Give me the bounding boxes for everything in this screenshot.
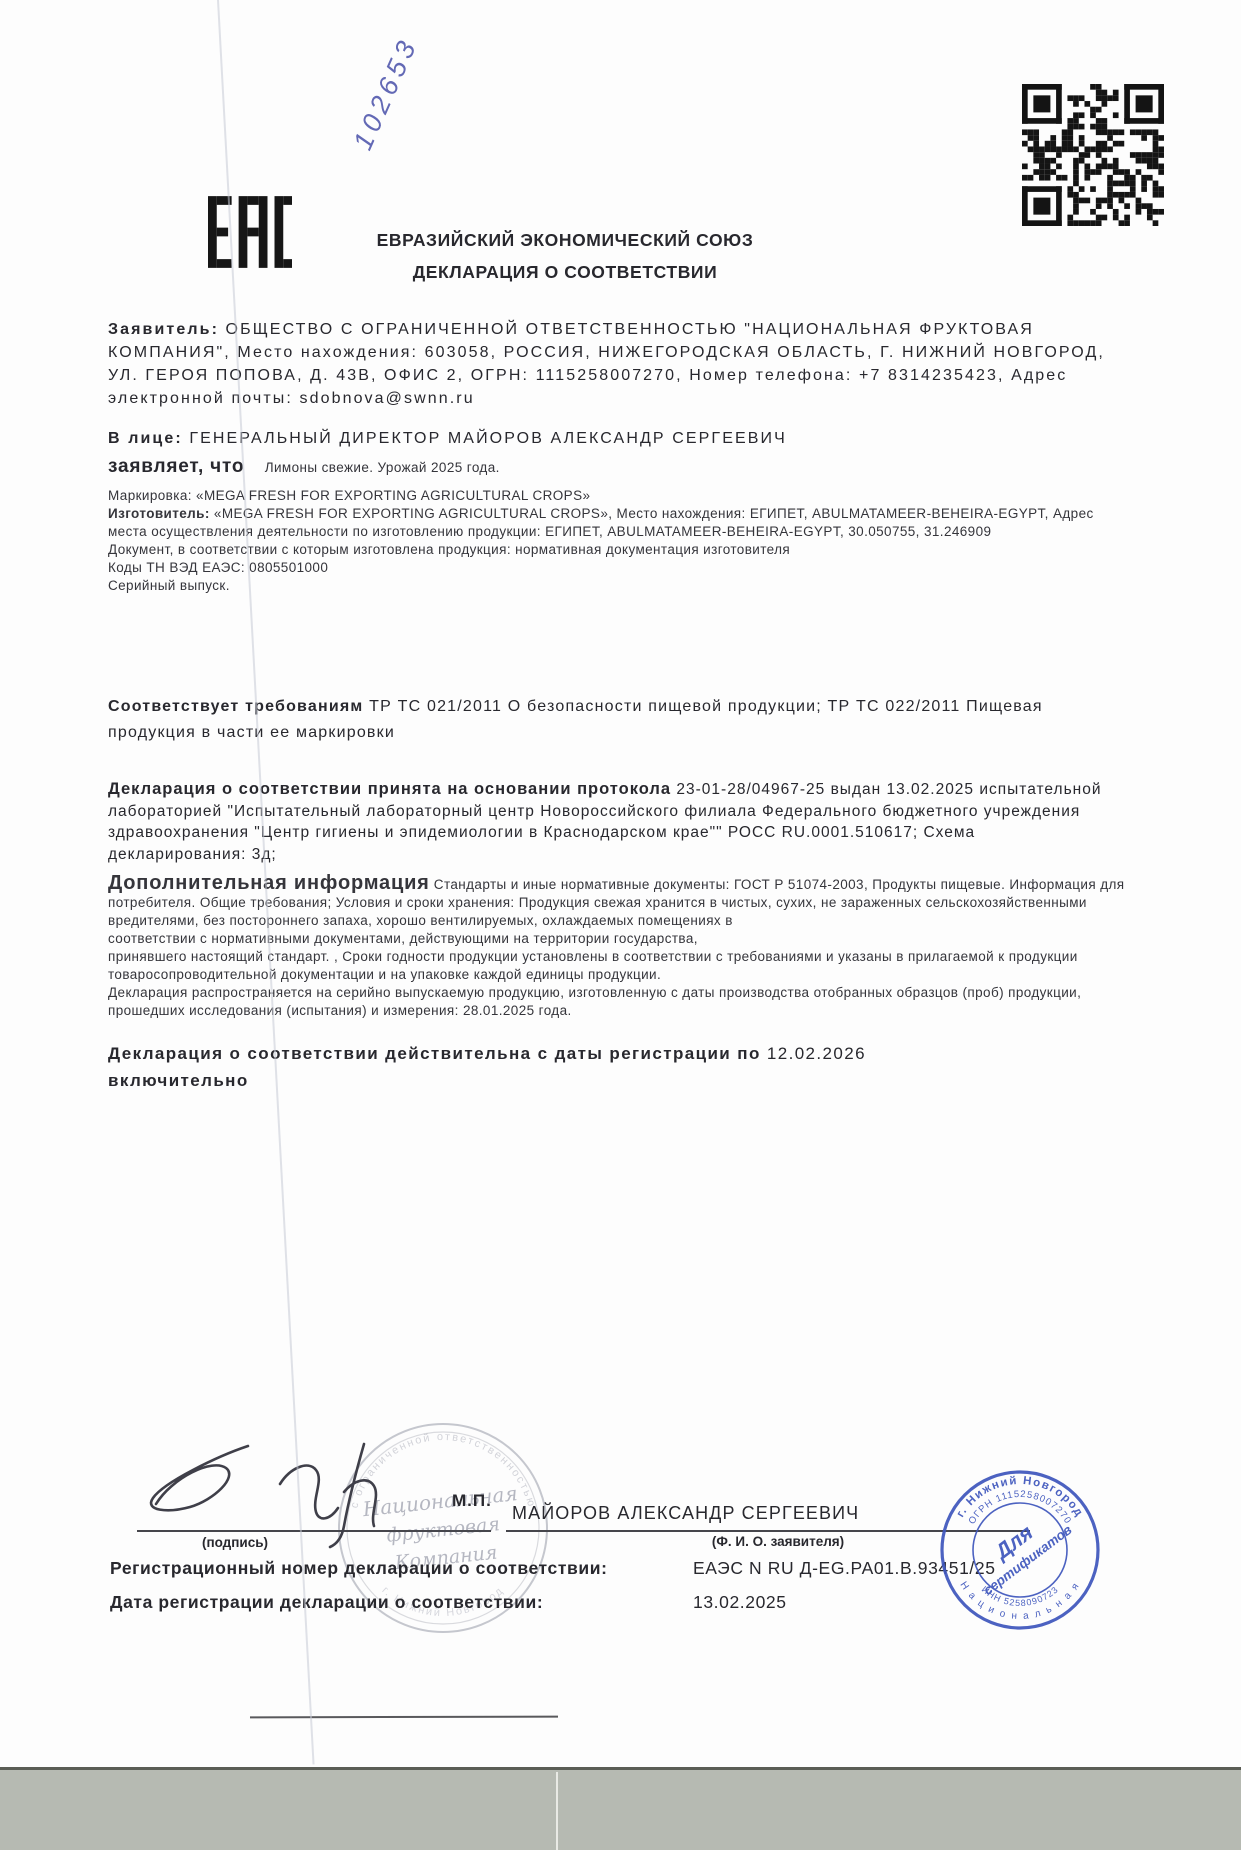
issue-type-line: Серийный выпуск. — [108, 577, 1130, 595]
manufacturer-text: «MEGA FRESH FOR EXPORTING AGRICULTURAL C… — [108, 506, 1094, 539]
additional-line-3: принявшего настоящий стандарт. , Сроки г… — [108, 948, 1136, 984]
certificates-stamp: г. Нижний Новгород ОГРН 1115258007270 ИН… — [936, 1466, 1104, 1634]
product-name: Лимоны свежие. Урожай 2025 года. — [265, 460, 500, 475]
basis-section: Декларация о соответствии принята на осн… — [108, 779, 1116, 865]
stray-pen-mark — [250, 1716, 558, 1719]
validity-suffix: включительно — [108, 1067, 1116, 1094]
qr-code — [1022, 84, 1164, 226]
declaration-subject-section: заявляет, что Лимоны свежие. Урожай 2025… — [108, 456, 1116, 595]
reg-date-value: 13.02.2025 — [693, 1592, 787, 1613]
basis-label: Декларация о соответствии принята на осн… — [108, 780, 671, 798]
fio-caption: (Ф. И. О. заявителя) — [648, 1534, 908, 1549]
declares-label: заявляет, что — [108, 456, 244, 477]
tnved-line: Коды ТН ВЭД ЕАЭС: 0805501000 — [108, 559, 1130, 577]
validity-label: Декларация о соответствии действительна … — [108, 1044, 761, 1063]
scanner-background-band — [0, 1767, 1241, 1850]
manufacturer-line: Изготовитель: «MEGA FRESH FOR EXPORTING … — [108, 505, 1130, 541]
manufacturer-label: Изготовитель: — [108, 506, 210, 521]
representative-label: В лице: — [108, 430, 183, 447]
applicant-section: Заявитель: ОБЩЕСТВО С ОГРАНИЧЕННОЙ ОТВЕТ… — [108, 318, 1116, 410]
signature-image — [128, 1438, 458, 1558]
reg-number-label: Регистрационный номер декларации о соотв… — [110, 1558, 608, 1579]
scanned-declaration-page: 102653 ЕВРАЗИЙСКИЙ ЭКОНОМИЧЕСКИЙ СОЮЗ ДЕ… — [0, 0, 1241, 1850]
additional-info-label: Дополнительная информация — [108, 872, 430, 894]
additional-line-4: Декларация распространяется на серийно в… — [108, 984, 1136, 1020]
additional-info-section: Дополнительная информация Стандарты и ин… — [108, 874, 1136, 1020]
compliance-section: Соответствует требованиям ТР ТС 021/2011… — [108, 694, 1116, 746]
reg-date-label: Дата регистрации декларации о соответств… — [110, 1592, 543, 1613]
handwritten-number: 102653 — [339, 14, 432, 173]
union-title: ЕВРАЗИЙСКИЙ ЭКОНОМИЧЕСКИЙ СОЮЗ — [110, 224, 1020, 256]
scanner-streak — [556, 1772, 558, 1850]
applicant-label: Заявитель: — [108, 321, 219, 338]
marking-line: Маркировка: «MEGA FRESH FOR EXPORTING AG… — [108, 487, 1130, 505]
product-document-line: Документ, в соответствии с которым изгот… — [108, 541, 1130, 559]
applicant-fio: МАЙОРОВ АЛЕКСАНДР СЕРГЕЕВИЧ — [512, 1503, 859, 1524]
representative-text: ГЕНЕРАЛЬНЫЙ ДИРЕКТОР МАЙОРОВ АЛЕКСАНДР С… — [189, 430, 787, 447]
doc-title: ДЕКЛАРАЦИЯ О СООТВЕТСТВИИ — [110, 256, 1020, 288]
representative-section: В лице: ГЕНЕРАЛЬНЫЙ ДИРЕКТОР МАЙОРОВ АЛЕ… — [108, 427, 1116, 450]
additional-line-2: соответствии с нормативными документами,… — [108, 930, 1136, 948]
validity-date: 12.02.2026 — [767, 1044, 866, 1063]
applicant-text: ОБЩЕСТВО С ОГРАНИЧЕННОЙ ОТВЕТСТВЕННОСТЬЮ… — [108, 321, 1105, 407]
compliance-label: Соответствует требованиям — [108, 698, 363, 715]
validity-section: Декларация о соответствии действительна … — [108, 1040, 1116, 1094]
